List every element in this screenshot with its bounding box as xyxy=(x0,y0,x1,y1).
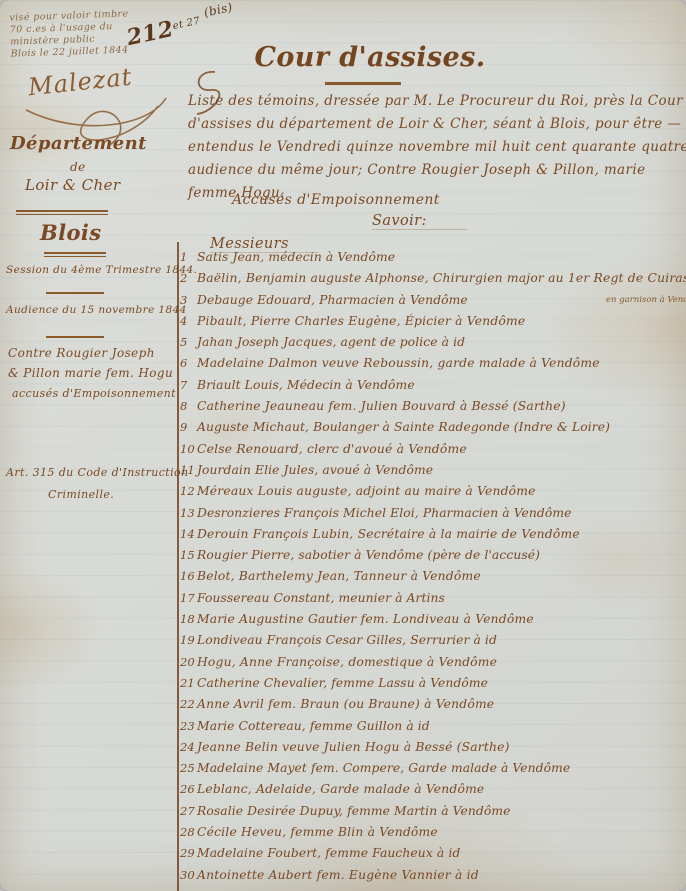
witness-number: 15 xyxy=(180,548,197,562)
witness-text: Jourdain Elie Jules, avoué à Vendôme xyxy=(197,463,433,477)
witness-text: Hogu, Anne Françoise, domestique à Vendô… xyxy=(197,655,497,669)
witness-number: 13 xyxy=(180,506,197,520)
witness-number: 27 xyxy=(180,804,197,818)
margin-audience: Audience du 15 novembre 1844 xyxy=(6,304,172,316)
witness-number: 21 xyxy=(180,676,197,690)
witness-row: 15 Rougier Pierre, sabotier à Vendôme (p… xyxy=(180,548,684,569)
witness-row: 24 Jeanne Belin veuve Julien Hogu à Bess… xyxy=(180,740,684,761)
witness-row: 21 Catherine Chevalier, femme Lassu à Ve… xyxy=(180,676,684,697)
margin-divider-2 xyxy=(44,252,106,257)
witness-text: Marie Augustine Gautier fem. Londiveau à… xyxy=(197,612,534,626)
witness-row: 30 Antoinette Aubert fem. Eugène Vannier… xyxy=(180,868,684,889)
intro-paragraph: Liste des témoins, dressée par M. Le Pro… xyxy=(188,90,668,205)
witness-number: 7 xyxy=(180,378,197,392)
witness-number: 9 xyxy=(180,420,197,434)
witness-text: Belot, Barthelemy Jean, Tanneur à Vendôm… xyxy=(197,569,481,583)
witness-number: 5 xyxy=(180,335,197,349)
witness-text: Madelaine Dalmon veuve Reboussin, garde … xyxy=(197,356,600,370)
witness-number: 8 xyxy=(180,399,197,413)
witness-row: 5 Jahan Joseph Jacques, agent de police … xyxy=(180,335,684,356)
intro-line: d'assises du département de Loir & Cher,… xyxy=(188,113,668,136)
margin-case-line1: Contre Rougier Joseph xyxy=(8,346,174,360)
witness-number: 24 xyxy=(180,740,197,754)
witness-row: 29 Madelaine Foubert, femme Faucheux à i… xyxy=(180,846,684,867)
witness-number: 6 xyxy=(180,356,197,370)
manuscript-page: visé pour valoir timbre70 c.es à l'usage… xyxy=(0,0,686,891)
witness-number: 30 xyxy=(180,868,197,882)
witness-row: 11 Jourdain Elie Jules, avoué à Vendôme xyxy=(180,463,684,484)
intro-line: Liste des témoins, dressée par M. Le Pro… xyxy=(188,90,668,113)
witness-number: 29 xyxy=(180,846,197,860)
witness-number: 22 xyxy=(180,697,197,711)
accusation-line: Accusés d'Empoisonnement xyxy=(232,192,440,208)
witness-text: Rougier Pierre, sabotier à Vendôme (père… xyxy=(197,548,540,562)
witness-text: Catherine Jeauneau fem. Julien Bouvard à… xyxy=(197,399,566,413)
margin-department-de: de xyxy=(70,160,110,174)
witness-row: 22 Anne Avril fem. Braun (ou Braune) à V… xyxy=(180,697,684,718)
witness-row: 4 Pibault, Pierre Charles Eugène, Épicie… xyxy=(180,314,684,335)
witness-number: 4 xyxy=(180,314,197,328)
witness-text: Auguste Michaut, Boulanger à Sainte Rade… xyxy=(197,420,610,434)
title-underline xyxy=(325,82,401,85)
witness-row: 25 Madelaine Mayet fem. Compere, Garde m… xyxy=(180,761,684,782)
margin-article-line1: Art. 315 du Code d'Instruction xyxy=(6,466,176,479)
witness-text: Desronzieres François Michel Eloi, Pharm… xyxy=(197,506,572,520)
margin-department-name: Loir & Cher xyxy=(25,176,155,194)
witness-row: 16 Belot, Barthelemy Jean, Tanneur à Ven… xyxy=(180,569,684,590)
witness-text: Jeanne Belin veuve Julien Hogu à Bessé (… xyxy=(197,740,510,754)
witness-text: Briault Louis, Médecin à Vendôme xyxy=(197,378,415,392)
witness-text: Cécile Heveu, femme Blin à Vendôme xyxy=(197,825,438,839)
witness-number: 19 xyxy=(180,633,197,647)
witness-row: 19 Londiveau François Cesar Gilles, Serr… xyxy=(180,633,684,654)
witness-text: Antoinette Aubert fem. Eugène Vannier à … xyxy=(197,868,479,882)
margin-case-line2: & Pillon marie fem. Hogu xyxy=(8,366,174,380)
witness-number: 16 xyxy=(180,569,197,583)
witness-text: Satis Jean, médecin à Vendôme xyxy=(197,250,395,264)
witness-row: 17 Foussereau Constant, meunier à Artins xyxy=(180,591,684,612)
docket-number-bis: (bis) xyxy=(203,0,234,20)
witness-text: Anne Avril fem. Braun (ou Braune) à Vend… xyxy=(197,697,494,711)
witness-text: Madelaine Foubert, femme Faucheux à id xyxy=(197,846,460,860)
witness-text: Madelaine Mayet fem. Compere, Garde mala… xyxy=(197,761,570,775)
intro-line: audience du même jour; Contre Rougier Jo… xyxy=(188,159,668,182)
witness-number: 17 xyxy=(180,591,197,605)
witness-row: 2 Baëlin, Benjamin auguste Alphonse, Chi… xyxy=(180,271,684,292)
witness-number: 12 xyxy=(180,484,197,498)
witness-number: 28 xyxy=(180,825,197,839)
witness-row: 14 Derouin François Lubin, Secrétaire à … xyxy=(180,527,684,548)
witness-row: 27 Rosalie Desirée Dupuy, femme Martin à… xyxy=(180,804,684,825)
witness-number: 2 xyxy=(180,271,197,285)
margin-place: Blois xyxy=(40,220,140,245)
witness-text: Leblanc, Adelaide, Garde malade à Vendôm… xyxy=(197,782,484,796)
page-title: Cour d'assises. xyxy=(250,42,490,73)
witness-row: 10 Celse Renouard, clerc d'avoué à Vendô… xyxy=(180,442,684,463)
witness-text: Londiveau François Cesar Gilles, Serruri… xyxy=(197,633,497,647)
margin-article-line2: Criminelle. xyxy=(48,488,148,501)
witness-text: Celse Renouard, clerc d'avoué à Vendôme xyxy=(197,442,467,456)
witness-text: Debauge Edouard, Pharmacien à Vendôme xyxy=(197,293,468,307)
margin-divider-1 xyxy=(16,210,108,215)
witness-text: Derouin François Lubin, Secrétaire à la … xyxy=(197,527,580,541)
witness-number: 1 xyxy=(180,250,197,264)
margin-divider-4 xyxy=(46,336,104,338)
witness-number: 20 xyxy=(180,655,197,669)
witness-row: 7 Briault Louis, Médecin à Vendôme xyxy=(180,378,684,399)
witness-text: Jahan Joseph Jacques, agent de police à … xyxy=(197,335,465,349)
witness-row: 1 Satis Jean, médecin à Vendôme xyxy=(180,250,684,271)
witness-row: 13 Desronzieres François Michel Eloi, Ph… xyxy=(180,506,684,527)
savoir-heading: Savoir: xyxy=(372,213,467,230)
witness-text: Méreaux Louis auguste, adjoint au maire … xyxy=(197,484,536,498)
witness-number: 18 xyxy=(180,612,197,626)
witness-row: 9 Auguste Michaut, Boulanger à Sainte Ra… xyxy=(180,420,684,441)
witness-text: Rosalie Desirée Dupuy, femme Martin à Ve… xyxy=(197,804,511,818)
witness-number: 23 xyxy=(180,719,197,733)
witness-row: 28 Cécile Heveu, femme Blin à Vendôme xyxy=(180,825,684,846)
margin-vertical-rule xyxy=(177,242,179,891)
witness-number: 26 xyxy=(180,782,197,796)
margin-session: Session du 4ème Trimestre 1844. xyxy=(6,264,172,276)
witness-number: 11 xyxy=(180,463,197,477)
witness-row: 20 Hogu, Anne Françoise, domestique à Ve… xyxy=(180,655,684,676)
margin-case-line3: accusés d'Empoisonnement xyxy=(12,387,178,400)
witness-row: 23 Marie Cottereau, femme Guillon à id xyxy=(180,719,684,740)
margin-divider-3 xyxy=(46,292,104,294)
witness-number: 10 xyxy=(180,442,197,456)
witness-row: 6 Madelaine Dalmon veuve Reboussin, gard… xyxy=(180,356,684,377)
witness-text: Baëlin, Benjamin auguste Alphonse, Chiru… xyxy=(197,271,686,285)
margin-department: Département xyxy=(10,133,170,154)
witness-text: Pibault, Pierre Charles Eugène, Épicier … xyxy=(197,314,525,328)
witness-row: 18 Marie Augustine Gautier fem. Londivea… xyxy=(180,612,684,633)
witness-number: 3 xyxy=(180,293,197,307)
witness-text: Marie Cottereau, femme Guillon à id xyxy=(197,719,430,733)
witness-row: 12 Méreaux Louis auguste, adjoint au mai… xyxy=(180,484,684,505)
witness-number: 14 xyxy=(180,527,197,541)
witness-number: 25 xyxy=(180,761,197,775)
witness-row: 8 Catherine Jeauneau fem. Julien Bouvard… xyxy=(180,399,684,420)
docket-number-sup: et 27 xyxy=(172,16,202,33)
witness-text: Catherine Chevalier, femme Lassu à Vendô… xyxy=(197,676,488,690)
witness-list: 1 Satis Jean, médecin à Vendôme 2 Baëlin… xyxy=(180,250,684,889)
intro-line: entendus le Vendredi quinze novembre mil… xyxy=(188,136,668,159)
witness-row: 26 Leblanc, Adelaide, Garde malade à Ven… xyxy=(180,782,684,803)
witness2-garrison-note: en garnison à Vendôme xyxy=(606,295,686,305)
witness-text: Foussereau Constant, meunier à Artins xyxy=(197,591,445,605)
